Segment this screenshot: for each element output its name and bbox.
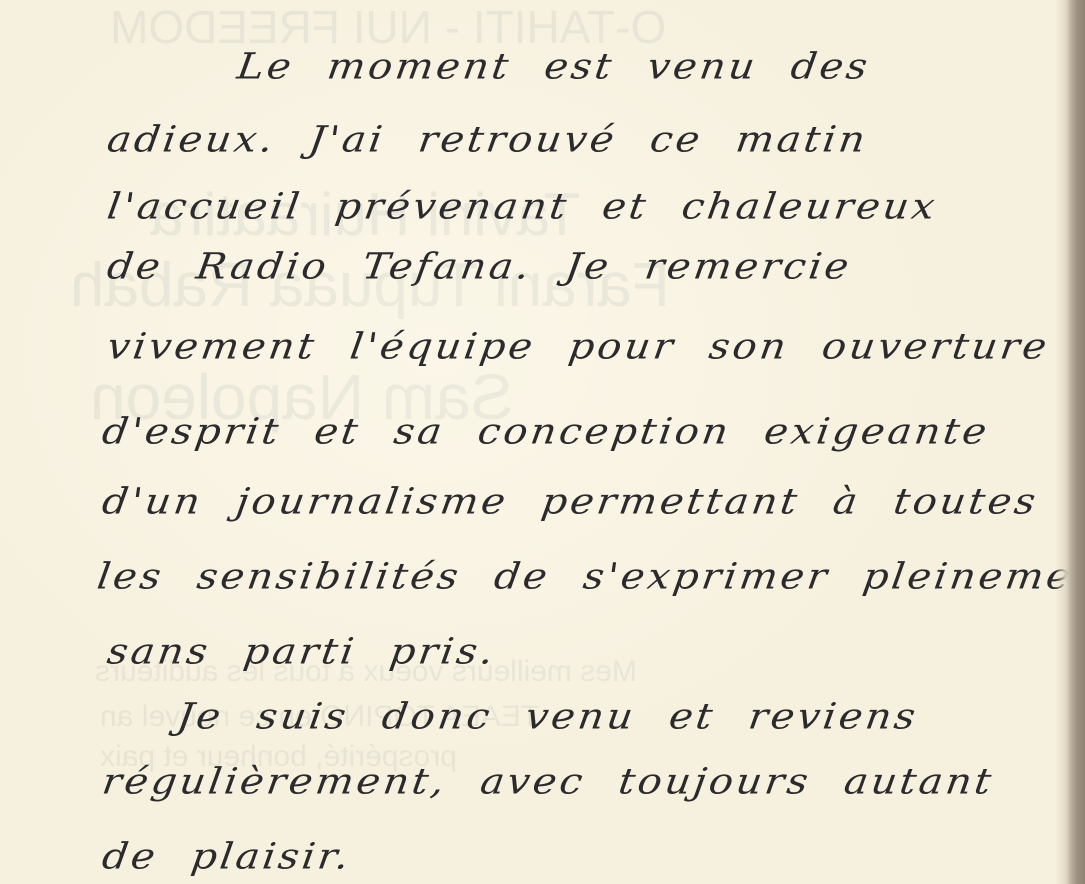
letter-line-4: de Radio Tefana. Je remercie xyxy=(105,249,854,285)
letter-line-2: adieux. J'ai retrouvé ce matin xyxy=(105,122,870,158)
letter-line-5: vivement l'équipe pour son ouverture xyxy=(105,329,1052,365)
letter-line-7: d'un journalisme permettant à toutes xyxy=(100,484,1041,520)
letter-line-1: Le moment est venu des xyxy=(235,49,872,85)
letter-line-9: sans parti pris. xyxy=(105,634,498,670)
letter-line-12: de plaisir. xyxy=(100,839,354,875)
letter-line-3: l'accueil prévenant et chaleureux xyxy=(105,189,940,225)
page-binding-shadow xyxy=(1055,0,1085,884)
letter-line-6: d'esprit et sa conception exigeante xyxy=(100,414,992,450)
letter-line-8: les sensibilités de s'exprimer pleinemen… xyxy=(95,559,1085,595)
letter-line-10: Je suis donc venu et reviens xyxy=(175,699,920,735)
letter-page: O-TAHITI - NUI FREEDOMTavini HuiraatiraF… xyxy=(0,0,1085,884)
letter-line-11: régulièrement, avec toujours autant xyxy=(100,764,996,800)
